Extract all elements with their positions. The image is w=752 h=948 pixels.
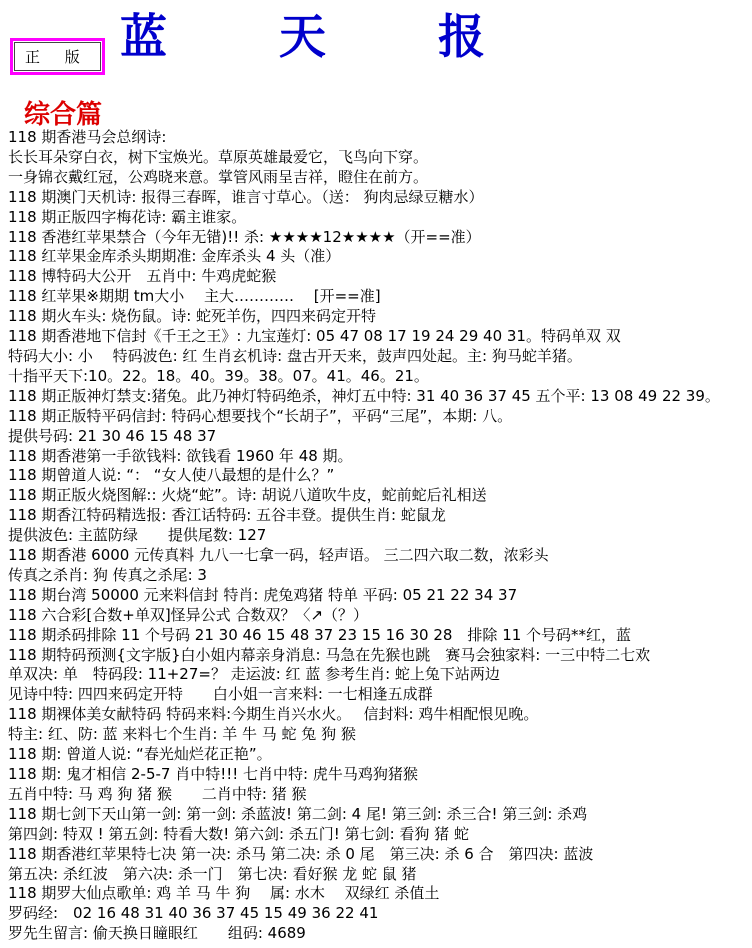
text-line: 118 期正版火烧图解:: 火烧“蛇”。诗: 胡说八道吹牛皮，蛇前蛇后礼相送 bbox=[8, 486, 752, 506]
text-line: 五肖中特: 马 鸡 狗 猪 猴 二肖中特: 猪 猴 bbox=[8, 785, 752, 805]
text-line: 见诗中特: 四四来码定开特 白小姐一言来料: 一七相逢五成群 bbox=[8, 685, 752, 705]
text-line: 罗先生留言: 偷天换日瞳眼红 组码: 4689 bbox=[8, 924, 752, 944]
text-line: 118 期香港红苹果特七决 第一决: 杀马 第二决: 杀 0 尾 第三决: 杀 … bbox=[8, 845, 752, 865]
text-line: 提供号码: 21 30 46 15 48 37 bbox=[8, 427, 752, 447]
text-line: 118 期正版特平码信封: 特码心想要找个“长胡子”，平码“三尾”，本期: 八。 bbox=[8, 407, 752, 427]
text-line: 第四剑: 特双 ! 第五剑: 特看大数! 第六剑: 杀五门! 第七剑: 看狗 猪… bbox=[8, 825, 752, 845]
text-line: 118 期火车头: 烧伤鼠。诗: 蛇死羊伤，四四来码定开特 bbox=[8, 307, 752, 327]
text-line: 118 期正版神灯禁支:猪兔。此乃神灯特码绝杀，神灯五中特: 31 40 36 … bbox=[8, 387, 752, 407]
text-line: 罗码经: 02 16 48 31 40 36 37 45 15 49 36 22… bbox=[8, 904, 752, 924]
text-line: 长长耳朵穿白衣，树下宝焕光。草原英雄最爱它，飞鸟向下穿。 bbox=[8, 148, 752, 168]
text-line: 第五决: 杀红波 第六决: 杀一门 第七决: 看好猴 龙 蛇 鼠 猪 bbox=[8, 865, 752, 885]
text-line: 118 期香港 6000 元传真料 九八一七拿一码，轻声语。 三二四六取二数，浓… bbox=[8, 546, 752, 566]
text-line: 十指平天下:10。22。18。40。39。38。07。41。46。21。 bbox=[8, 367, 752, 387]
page-title: 蓝天报 bbox=[120, 0, 597, 67]
text-line: 一身锦衣戴红冠，公鸡晓来意。掌管风雨呈吉祥，瞪住在前方。 bbox=[8, 168, 752, 188]
edition-badge: 正 版 bbox=[10, 38, 105, 75]
content-lines: 118 期香港马会总纲诗:长长耳朵穿白衣，树下宝焕光。草原英雄最爱它，飞鸟向下穿… bbox=[8, 128, 752, 944]
text-line: 118 期: 鬼才相信 2-5-7 肖中特!!! 七肖中特: 虎牛马鸡狗猪猴 bbox=[8, 765, 752, 785]
text-line: 118 期香江特码精选报: 香江话特码: 五谷丰登。提供生肖: 蛇鼠龙 bbox=[8, 506, 752, 526]
page: { "page": { "edition_label": "正 版", "tit… bbox=[0, 0, 752, 948]
text-line: 118 期正版四字梅花诗: 霸主谁家。 bbox=[8, 208, 752, 228]
text-line: 118 六合彩[合数+单双]怪异公式 合数双？〈↗（？） bbox=[8, 606, 752, 626]
section-title: 综合篇 bbox=[24, 94, 102, 131]
text-line: 118 期香港地下信封《千王之王》: 九宝莲灯: 05 47 08 17 19 … bbox=[8, 327, 752, 347]
text-line: 118 期裸体美女献特码 特码来料:今期生肖兴水火。 信封料: 鸡牛相配恨见晚。 bbox=[8, 705, 752, 725]
text-line: 特码大小: 小 特码波色: 红 生肖玄机诗: 盘古开天来，鼓声四处起。主: 狗马… bbox=[8, 347, 752, 367]
text-line: 118 期杀码排除 11 个号码 21 30 46 15 48 37 23 15… bbox=[8, 626, 752, 646]
text-line: 118 期香港马会总纲诗: bbox=[8, 128, 752, 148]
text-line: 118 期特码预测{文字版}白小姐内幕亲身消息: 马急在先猴也跳 赛马会独家料:… bbox=[8, 646, 752, 666]
text-line: 特主: 红、防: 蓝 来料七个生肖: 羊 牛 马 蛇 兔 狗 猴 bbox=[8, 725, 752, 745]
text-line: 118 博特码大公开 五肖中: 牛鸡虎蛇猴 bbox=[8, 267, 752, 287]
text-line: 118 香港红苹果禁合（今年无错)!! 杀: ★★★★12★★★★（开==准） bbox=[8, 228, 752, 248]
edition-badge-label: 正 版 bbox=[14, 42, 101, 71]
text-line: 118 红苹果金库杀头期期准: 金库杀头 4 头（准） bbox=[8, 247, 752, 267]
text-line: 118 期: 曾道人说: “春光灿烂花正艳”。 bbox=[8, 745, 752, 765]
text-line: 118 期台湾 50000 元来料信封 特肖: 虎兔鸡猪 特单 平码: 05 2… bbox=[8, 586, 752, 606]
text-line: 提供波色: 主蓝防绿 提供尾数: 127 bbox=[8, 526, 752, 546]
text-line: 118 期罗大仙点歌单: 鸡 羊 马 牛 狗 属: 水木 双绿红 杀值土 bbox=[8, 884, 752, 904]
text-line: 118 期澳门天机诗: 报得三春晖，谁言寸草心。（送： 狗肉忌绿豆糖水） bbox=[8, 188, 752, 208]
text-line: 单双决: 单 特码段: 11+27=？ 走运波: 红 蓝 参考生肖: 蛇上兔下站… bbox=[8, 665, 752, 685]
text-line: 118 期香港第一手欲钱料: 欲钱看 1960 年 48 期。 bbox=[8, 447, 752, 467]
text-line: 118 期曾道人说: “： “女人使八最想的是什么？” bbox=[8, 466, 752, 486]
text-line: 传真之杀肖: 狗 传真之杀尾: 3 bbox=[8, 566, 752, 586]
text-line: 118 期七剑下天山第一剑: 第一剑: 杀蓝波! 第二剑: 4 尾! 第三剑: … bbox=[8, 805, 752, 825]
text-line: 118 红苹果※期期 tm大小 主大………… [开==准] bbox=[8, 287, 752, 307]
